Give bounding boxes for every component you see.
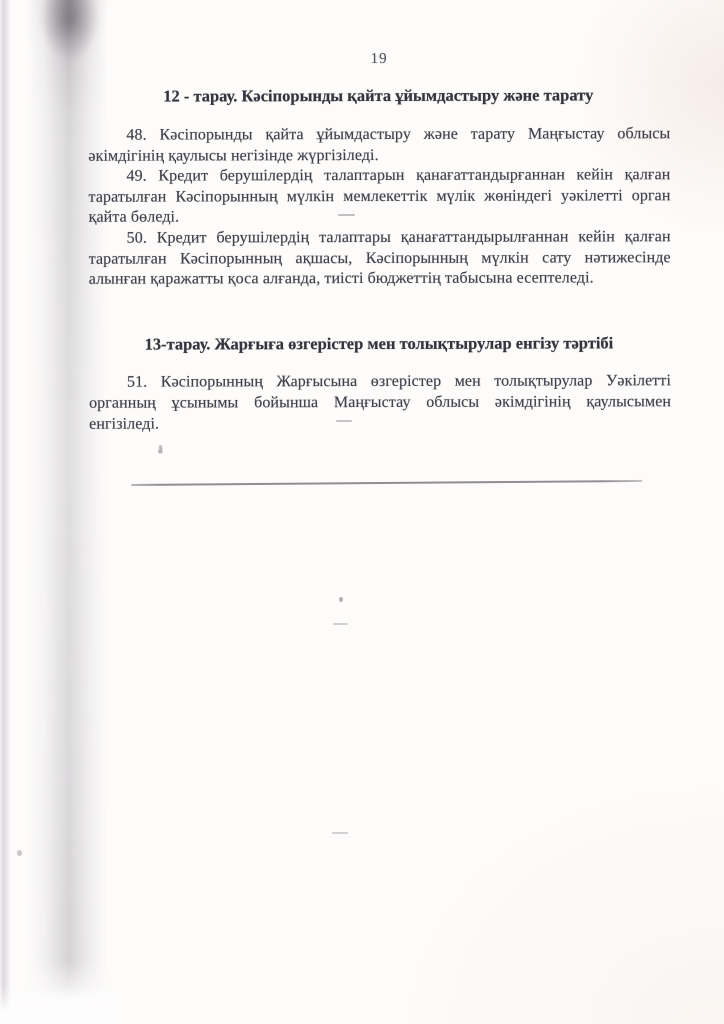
scan-speck-artifact bbox=[339, 597, 343, 602]
ink-smudge: â bbox=[158, 445, 162, 456]
paragraph-50: 50. Кредит берушілердің талаптары қанаға… bbox=[89, 227, 671, 290]
section-12-body: 48. Кәсіпорынды қайта ұйымдастыру және т… bbox=[88, 124, 670, 290]
page-number: 19 bbox=[88, 50, 670, 69]
paragraph-49: 49. Кредит берушілердің талаптарын қанағ… bbox=[88, 165, 670, 228]
scan-dash-artifact bbox=[332, 832, 348, 834]
scanned-page: 19 12 - тарау. Кәсіпорынды қайта ұйымдас… bbox=[0, 0, 724, 1024]
section-heading-12: 12 - тарау. Кәсіпорынды қайта ұйымдастыр… bbox=[84, 85, 672, 107]
paragraph-48: 48. Кәсіпорынды қайта ұйымдастыру және т… bbox=[88, 124, 670, 167]
scan-left-edge-strip bbox=[0, 0, 11, 1024]
section-heading-13: 13-тарау. Жарғыға өзгерістер мен толықты… bbox=[85, 333, 673, 355]
signature-line bbox=[131, 480, 642, 486]
scan-dash-artifact bbox=[338, 214, 355, 216]
scan-dash-artifact bbox=[336, 420, 352, 422]
scan-shadow-fade bbox=[0, 986, 120, 1024]
scan-edge-speck bbox=[17, 850, 22, 856]
scan-tint-bottom-right bbox=[404, 784, 724, 1024]
scan-dash-artifact bbox=[333, 623, 348, 625]
scan-fold-shadow-top bbox=[32, 0, 104, 82]
paragraph-51: 51. Кәсіпорынның Жарғысына өзгерістер ме… bbox=[89, 370, 671, 435]
section-13-body: 51. Кәсіпорынның Жарғысына өзгерістер ме… bbox=[89, 370, 671, 435]
